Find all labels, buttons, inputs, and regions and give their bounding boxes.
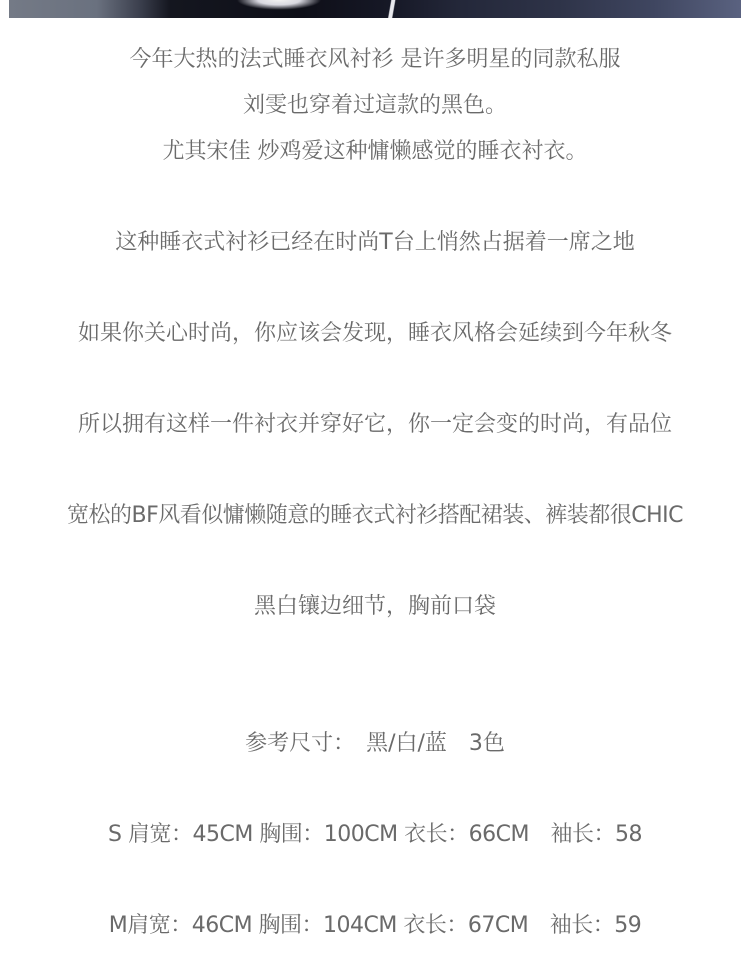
paragraph-runway: 这种睡衣式衬衫已经在时尚T台上悄然占据着一席之地 <box>0 228 750 258</box>
paragraph-styling: 宽松的BF风看似慵懒随意的睡衣式衬衫搭配裙装、裤装都很CHIC <box>0 501 750 531</box>
intro-line-1: 今年大热的法式睡衣风衬衫 是许多明星的同款私服 <box>0 45 750 75</box>
product-photo-banner <box>9 0 741 18</box>
intro-line-3: 尤其宋佳 炒鸡爱这种慵懒感觉的睡衣衬衣。 <box>0 137 750 167</box>
paragraph-details: 黑白镶边细节，胸前口袋 <box>0 592 750 622</box>
size-row-m: M肩宽：46CM 胸围：104CM 衣长：67CM 袖长：59 <box>0 911 750 941</box>
size-row-s: S 肩宽：45CM 胸围：100CM 衣长：66CM 袖长：58 <box>0 820 750 850</box>
paragraph-taste: 所以拥有这样一件衬衣并穿好它，你一定会变的时尚，有品位 <box>0 410 750 440</box>
intro-line-2: 刘雯也穿着过這款的黑色。 <box>0 91 750 121</box>
paragraph-trend: 如果你关心时尚，你应该会发现，睡衣风格会延续到今年秋冬 <box>0 319 750 349</box>
size-reference-header: 参考尺寸： 黑/白/蓝 3色 <box>0 729 750 759</box>
